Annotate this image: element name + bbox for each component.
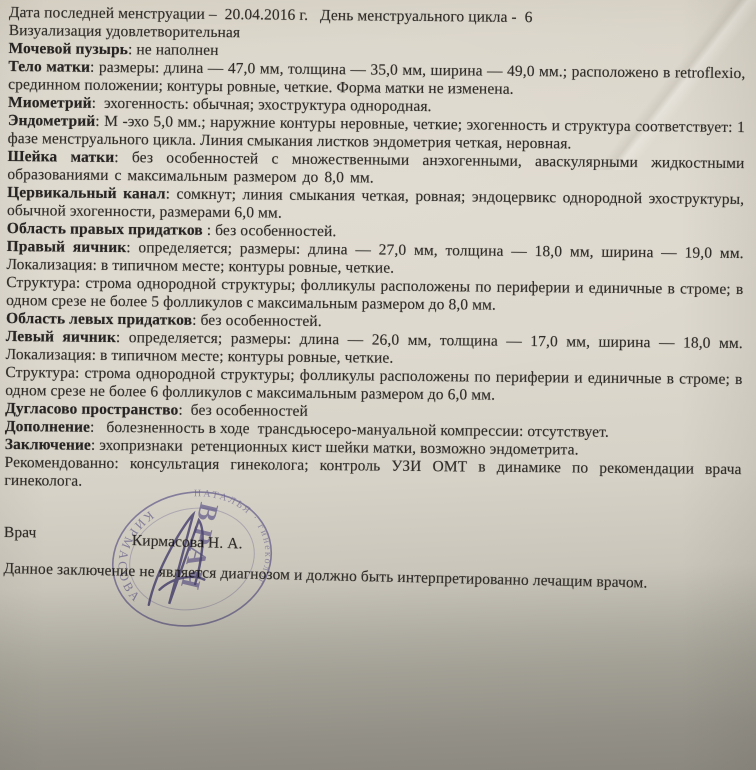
document-photo: Дата последней менструации – 20.04.2016 … [0, 0, 756, 770]
doctor-label: Врач [4, 524, 37, 541]
recommendation-line: Рекомендованно: консультация гинеколога;… [4, 454, 741, 497]
signature-row: Врач Кирмасова Н. А. [4, 524, 741, 567]
ultrasound-report: Дата последней менструации – 20.04.2016 … [3, 4, 745, 585]
doctor-name: Кирмасова Н. А. [132, 532, 243, 553]
